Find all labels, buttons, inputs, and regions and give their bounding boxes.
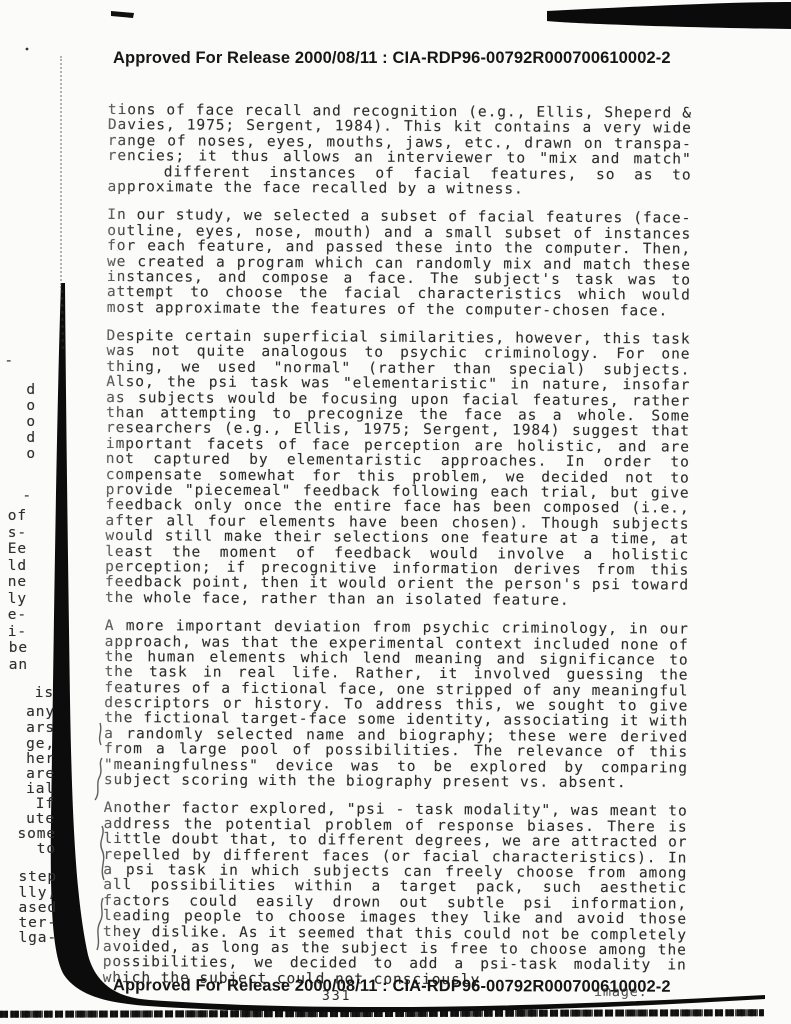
margin-text-fragment: o [0,415,36,430]
margin-text-fragment: ial [0,782,55,797]
margin-text-fragment: s- [0,526,27,541]
margin-text-fragment: lly, [0,886,57,901]
scan-artifact-streak-dots [62,290,63,350]
scan-artifact-dash [111,11,134,18]
text-line: most approximate the features of the com… [107,301,691,320]
margin-text-fragment: o [0,399,36,414]
margin-text-fragment: o [0,447,36,462]
paragraph: Another factor explored, "psi - task mod… [103,801,688,989]
margin-text-fragment: ute [0,812,55,827]
margin-text-fragment: lga- [0,931,57,946]
overlap-text-fragment: image. [594,984,648,1000]
footer-release-stamp: Approved For Release 2000/08/11 : CIA-RD… [113,976,671,996]
paragraph: In our study, we selected a subset of fa… [107,208,692,319]
margin-text-fragment: of [0,509,27,524]
margin-text-fragment: ter- [0,916,57,931]
margin-text-fragment: any [0,705,55,720]
margin-text-fragment: ne [0,575,27,590]
margin-text-fragment: ased [0,901,57,916]
margin-text-fragment: If [0,797,55,812]
margin-text-fragment: is [0,686,54,701]
margin-text-fragment: step [0,870,57,885]
header-release-stamp: Approved For Release 2000/08/11 : CIA-RD… [113,49,671,68]
scan-artifact-top-bar [547,2,791,29]
margin-text-fragment: ld [0,559,27,574]
paragraph: tions of face recall and recognition (e.… [107,103,692,199]
margin-text-fragment: be [0,641,28,656]
scan-fold-line [60,56,62,288]
margin-text-fragment: an [0,658,28,673]
scanned-document-page: Approved For Release 2000/08/11 : CIA-RD… [0,0,791,1024]
margin-text-fragment: are [0,767,55,782]
scan-bottom-edge-band [0,1009,764,1018]
text-line: subject scoring with the biography prese… [104,773,688,792]
margin-text-fragment: - [0,489,32,504]
margin-text-fragment: i- [0,625,27,640]
margin-text-fragment: ge, [0,737,55,752]
margin-text-fragment: ars [0,721,55,736]
scan-speck [26,48,29,51]
margin-text-fragment: ly [0,592,27,607]
margin-text-fragment: some [0,827,56,842]
margin-text-fragment: e- [0,608,27,623]
margin-text-fragment: d [0,431,36,446]
margin-text-fragment: to [0,842,56,857]
margin-text-fragment: her [0,752,55,767]
body-text: tions of face recall and recognition (e.… [103,103,692,1003]
margin-text-fragment: d [0,383,36,398]
margin-text-fragment: - [0,354,14,369]
margin-text-fragment: Ee [0,542,27,557]
paragraph: A more important deviation from psychic … [104,619,689,792]
paragraph: Despite certain superficial similarities… [105,329,691,610]
page-number: 331 [322,989,351,1004]
